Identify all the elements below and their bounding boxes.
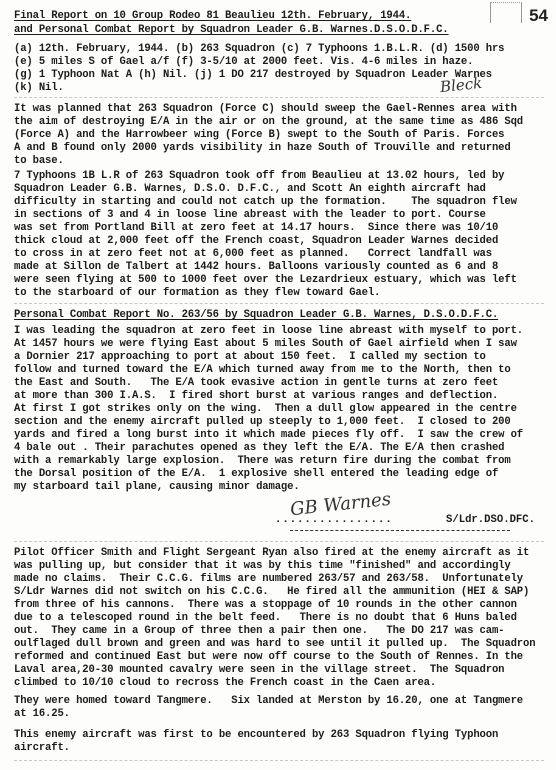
summary-line: (g) 1 Typhoon Nat A (h) Nil. (j) 1 DO 21… <box>14 69 492 82</box>
text-line: This enemy aircraft was first to be enco… <box>14 729 498 742</box>
summary-line: (k) Nil. <box>14 82 64 95</box>
text-line: S/Ldr Warnes did not switch on his C.C.G… <box>14 586 529 599</box>
text-line: at 16.25. <box>14 708 70 721</box>
text-line: follow and turned toward the E/A which t… <box>14 364 511 377</box>
text-line: reformed and continued East but were now… <box>14 651 523 664</box>
divider <box>14 97 544 98</box>
report-title-line-1: Final Report on 10 Group Rodeo 81 Beauli… <box>14 10 411 23</box>
text-line: thick cloud at 2,000 feet off the French… <box>14 235 498 248</box>
text-line: 4 bale out . Their parachutes opened as … <box>14 442 504 455</box>
text-line: to cross in at zero feet not at 6,000 fe… <box>14 248 492 261</box>
text-line: to base. <box>14 155 64 168</box>
divider <box>14 760 544 761</box>
text-line: in sections of 3 and 4 in loose line abr… <box>14 209 486 222</box>
divider <box>14 303 544 304</box>
text-line: At 1457 hours we were flying East about … <box>14 338 517 351</box>
report-title-line-2: and Personal Combat Report by Squadron L… <box>14 24 449 37</box>
text-line: It was planned that 263 Squadron (Force … <box>14 103 517 116</box>
text-line: aircraft. <box>14 742 70 755</box>
text-line: Squadron Leader G.B. Warnes, D.S.O. D.F.… <box>14 183 486 196</box>
signature-underline <box>290 530 510 531</box>
text-line: to the starboard of our formation as the… <box>14 287 380 300</box>
page-number: 54 <box>529 6 548 26</box>
text-line: I was leading the squadron at zero feet … <box>14 325 523 338</box>
text-line: at more than 300 I.A.S. I fired short bu… <box>14 390 498 403</box>
text-line: was pulling up, but consider that it was… <box>14 560 511 573</box>
text-line: difficulty in starting and could not cat… <box>14 196 517 209</box>
text-line: section and the enemy aircraft pulled up… <box>14 416 511 429</box>
text-line: 7 Typhoons 1B L.R of 263 Squadron took o… <box>14 170 504 183</box>
text-line: from three of his cannons. There was a s… <box>14 599 517 612</box>
text-line: yards and fired a long burst into it whi… <box>14 429 523 442</box>
text-line: due to a telescoped round in the belt fe… <box>14 612 517 625</box>
text-line: made at Sillon de Talbert at 1442 hours.… <box>14 261 498 274</box>
text-line: out. They came in a Group of three then … <box>14 625 504 638</box>
text-line: my starboard tail plane, causing minor d… <box>14 481 300 494</box>
text-line: They were homed toward Tangmere. Six lan… <box>14 695 523 708</box>
stamp-box <box>490 2 522 23</box>
divider <box>14 541 544 542</box>
scanned-document-page: 54 Final Report on 10 Group Rodeo 81 Bea… <box>0 0 556 770</box>
text-line: a Dornier 217 approaching to port at abo… <box>14 351 486 364</box>
text-line: the aim of destroying E/A in the air or … <box>14 116 523 129</box>
combat-report-heading: Personal Combat Report No. 263/56 by Squ… <box>14 309 498 322</box>
text-line: with a remarkably large explosion. There… <box>14 455 511 468</box>
text-line: was set from Portland Bill at zero feet … <box>14 222 498 235</box>
signature-dotted-leader: ................ <box>275 514 393 526</box>
text-line: the Dorsal position of the E/A. 1 explos… <box>14 468 498 481</box>
text-line: made no claims. Their C.C.G. films are n… <box>14 573 523 586</box>
signature-rank-title: S/Ldr.DSO.DFC. <box>446 514 535 526</box>
text-line: the East and South. The E/A took evasive… <box>14 377 498 390</box>
text-line: A and B found only 2000 yards visibility… <box>14 142 511 155</box>
text-line: (Force A) and the Harrowbeer wing (Force… <box>14 129 504 142</box>
summary-line: (a) 12th. February, 1944. (b) 263 Squadr… <box>14 43 504 56</box>
summary-line: (e) 5 miles S of Gael a/f (f) 3-5/10 at … <box>14 56 473 69</box>
text-line: oulflaged dull brown and green and was h… <box>14 638 535 651</box>
handwritten-initials: Bleck <box>439 74 483 96</box>
text-line: were seen flying at 500 to 1000 feet ove… <box>14 274 517 287</box>
text-line: climbed to 10/10 cloud to recross the Fr… <box>14 677 436 690</box>
text-line: Laval area,20-30 mounted cavalry were se… <box>14 664 504 677</box>
text-line: At first I got strikes only on the wing.… <box>14 403 517 416</box>
text-line: Pilot Officer Smith and Flight Sergeant … <box>14 547 529 560</box>
